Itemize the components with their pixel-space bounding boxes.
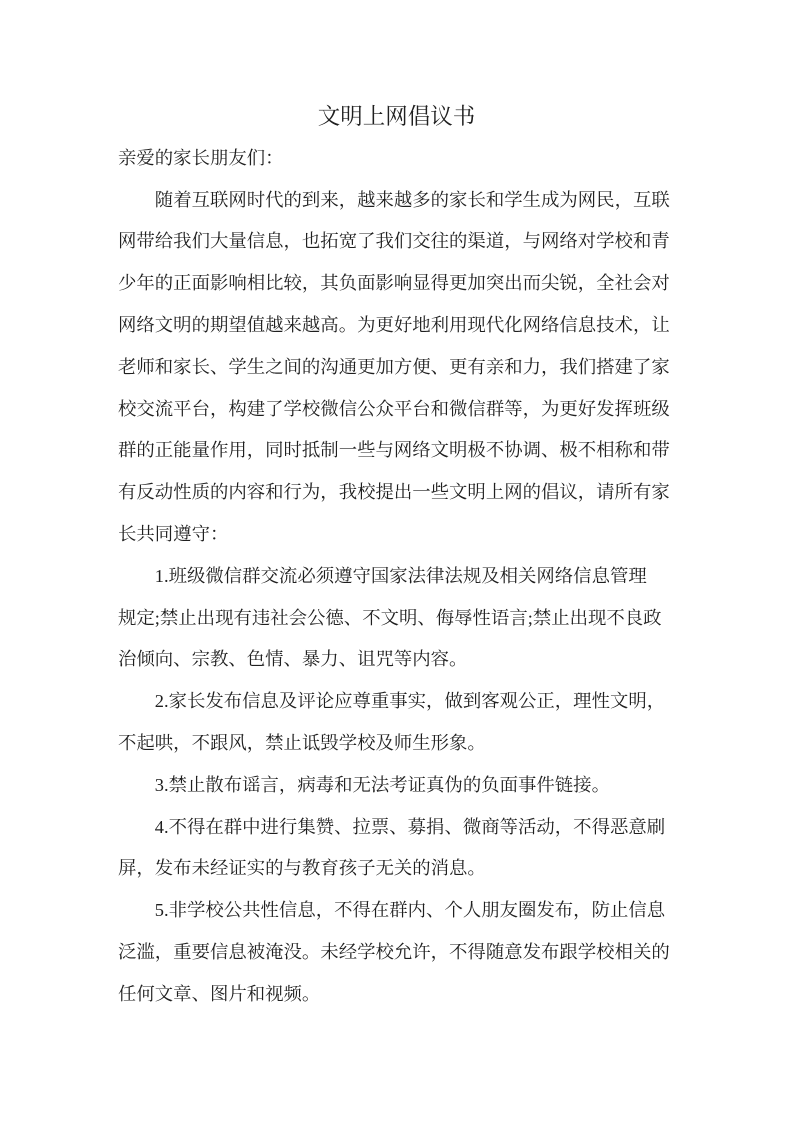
salutation: 亲爱的家长朋友们： [118, 138, 675, 180]
proposal-item-1: 1.班级微信群交流必须遵守国家法律法规及相关网络信息管理 规定;禁止出现有违社会… [118, 556, 675, 681]
document-page: 文明上网倡议书 亲爱的家长朋友们： 随着互联网时代的到来，越来越多的家长和学生成… [0, 0, 793, 1122]
proposal-item-3: 3.禁止散布谣言，病毒和无法考证真伪的负面事件链接。 [118, 765, 675, 807]
document-title: 文明上网倡议书 [118, 96, 675, 138]
proposal-item-4: 4.不得在群中进行集赞、拉票、募捐、微商等活动，不得恶意刷 屏，发布未经证实的与… [118, 807, 675, 891]
proposal-item-5: 5.非学校公共性信息，不得在群内、个人朋友圈发布，防止信息 泛滥，重要信息被淹没… [118, 890, 675, 1015]
intro-paragraph: 随着互联网时代的到来，越来越多的家长和学生成为网民，互联 网带给我们大量信息，也… [118, 180, 675, 556]
proposal-item-2: 2.家长发布信息及评论应尊重事实，做到客观公正，理性文明， 不起哄，不跟风，禁止… [118, 681, 675, 765]
